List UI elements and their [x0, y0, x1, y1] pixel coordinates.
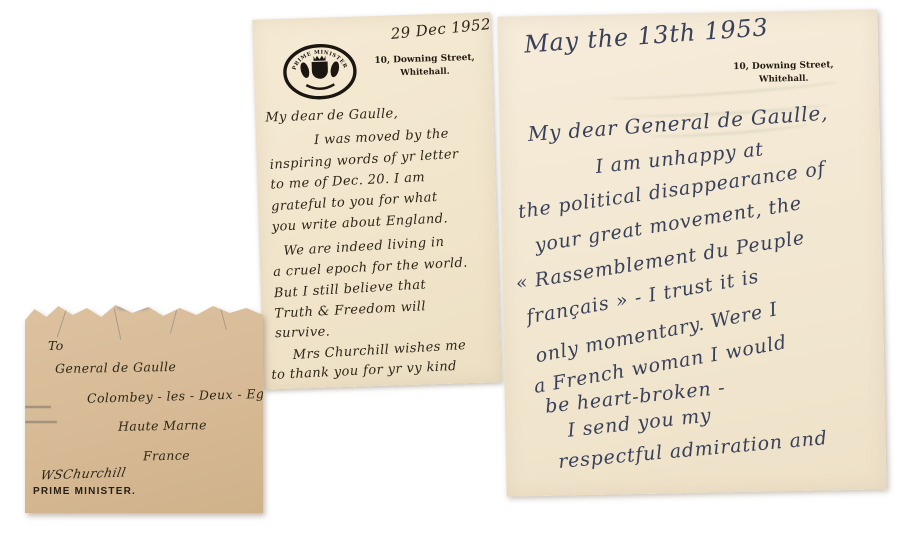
handwriting-line: inspiring words of yr letter: [269, 148, 458, 172]
handwriting-line: a cruel epoch for the world.: [273, 256, 468, 278]
handwriting-line: My dear de Gaulle,: [265, 107, 398, 124]
pencil-dash-mark: [25, 406, 51, 408]
letter-1953-page: May the 13th 1953 10, Downing Street, Wh…: [497, 9, 886, 496]
handwriting-line: Mrs Churchill wishes me: [292, 339, 466, 362]
letter-1952-letterhead: 10, Downing Street, Whitehall.: [369, 51, 480, 82]
envelope-wrap: To General de Gaulle Colombey - les - De…: [25, 302, 263, 513]
handwriting-line: you write about England.: [271, 212, 448, 234]
handwriting-line: We are indeed living in: [283, 236, 444, 258]
envelope: To General de Gaulle Colombey - les - De…: [25, 302, 263, 513]
handwriting-line: grateful to you for what: [271, 191, 438, 214]
handwriting-line: to thank you for yr vy kind: [271, 360, 457, 382]
pencil-dash-mark: [25, 421, 57, 423]
auction-photo-of-churchill-letters: PRIME MINISTER 29 Dec 1952 10, Downing S…: [0, 0, 900, 539]
tear-crease-mark: [114, 308, 122, 340]
ink-ghosting-mark: [609, 76, 839, 102]
ink-smudge-mark: [117, 304, 149, 310]
envelope-address-line: France: [143, 450, 190, 463]
tear-crease-mark: [57, 311, 67, 338]
prime-minister-printed-title: PRIME MINISTER.: [33, 486, 136, 497]
handwriting-line: survive.: [275, 326, 331, 341]
tear-crease-mark: [170, 310, 177, 333]
letter-1952-page: PRIME MINISTER 29 Dec 1952 10, Downing S…: [252, 12, 502, 389]
letterhead-street-line: 10, Downing Street,: [728, 58, 838, 74]
envelope-address-line: Haute Marne: [118, 419, 207, 433]
letter-1952-date: 29 Dec 1952: [390, 17, 492, 42]
handwriting-line: But I still believe that: [274, 279, 427, 301]
letter-1953-date: May the 13th 1953: [523, 15, 769, 56]
handwriting-line: I was moved by the: [314, 128, 449, 148]
tear-crease-mark: [220, 308, 227, 330]
handwriting-line: to me of Dec. 20. I am: [270, 171, 425, 192]
envelope-address-line: General de Gaulle: [55, 361, 176, 376]
envelope-to-label: To: [48, 340, 64, 353]
envelope-address-line: Colombey - les - Deux - Eglises: [87, 387, 295, 405]
handwriting-line: Truth & Freedom will: [274, 300, 426, 320]
prime-minister-crest-icon: PRIME MINISTER: [281, 42, 359, 102]
churchill-signature: WSChurchill: [40, 467, 127, 482]
